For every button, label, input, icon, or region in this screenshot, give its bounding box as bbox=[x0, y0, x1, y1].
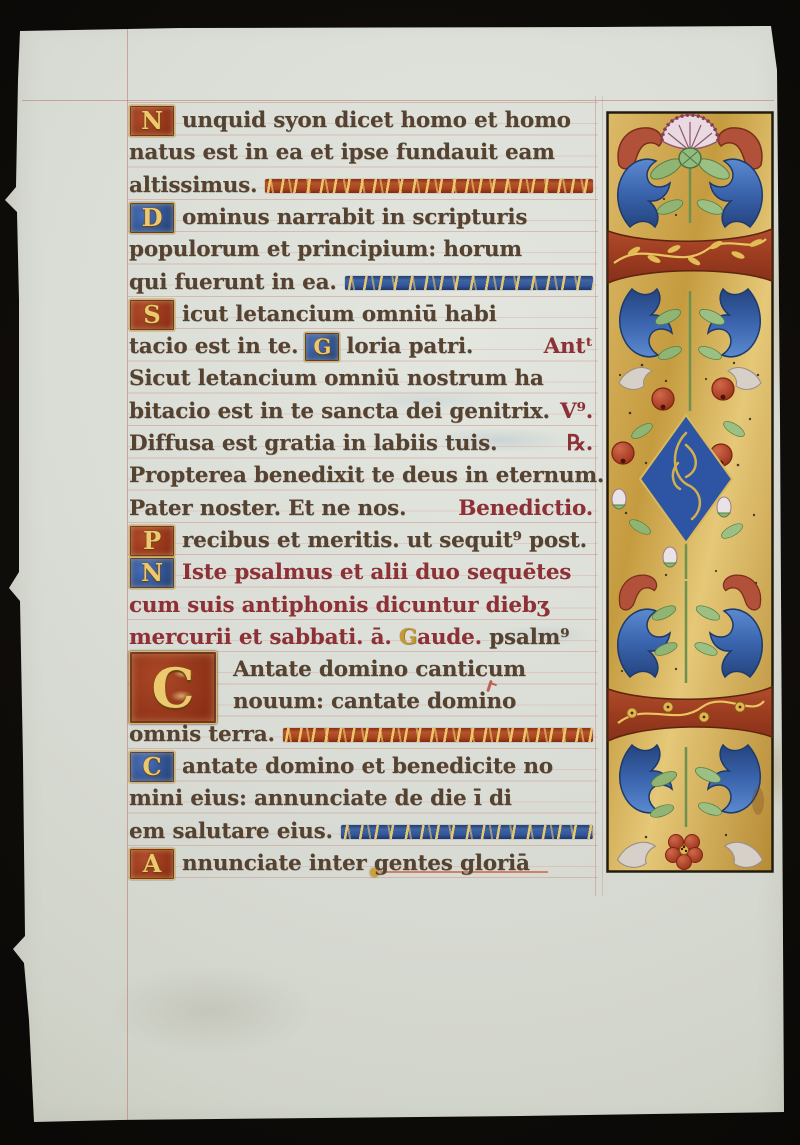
illuminated-initial-D: D bbox=[129, 202, 175, 234]
rubric-antiphon-mark: Antᵗ bbox=[544, 334, 593, 359]
text-line: C antate domino et benedicite no bbox=[129, 750, 593, 783]
line-text: Sicut letancium omniū nostrum ha bbox=[129, 366, 544, 391]
line-filler-red-gold bbox=[265, 179, 593, 193]
line-text: antate domino et benedicite no bbox=[182, 754, 553, 779]
illuminated-initial-N: N bbox=[129, 105, 175, 137]
text-line: em salutare eius. bbox=[129, 815, 593, 848]
line-text: recibus et meritis. ut sequit⁹ post. bbox=[182, 528, 587, 553]
line-text: Diffusa est gratia in labiis tuis. bbox=[129, 431, 497, 456]
rubric-benedictio: Benedictio. bbox=[458, 496, 593, 521]
text-line: mini eius: annunciate de die ī di bbox=[129, 782, 593, 815]
line-text: qui fuerunt in ea. bbox=[129, 270, 337, 295]
line-filler-blue-gold bbox=[341, 825, 593, 839]
line-text: icut letancium omniū habi bbox=[182, 302, 497, 327]
rubric-text: cum suis antiphonis dicuntur diebʒ bbox=[129, 593, 549, 618]
illuminated-initial-large-C: C bbox=[129, 651, 217, 724]
line-text: altissimus. bbox=[129, 173, 257, 198]
line-text: mini eius: annunciate de die ī di bbox=[129, 786, 512, 811]
text-line: N Iste psalmus et alii duo sequētes bbox=[129, 556, 593, 589]
ruling-line-vertical-right-2 bbox=[602, 96, 603, 896]
line-text: psalm⁹ bbox=[489, 625, 569, 650]
gold-letter-G: G bbox=[399, 625, 417, 650]
line-text: unquid syon dicet homo et homo bbox=[182, 108, 571, 133]
line-text: nouum: cantate domino bbox=[233, 689, 516, 714]
illuminated-initial-S: S bbox=[129, 299, 175, 331]
text-line: qui fuerunt in ea. bbox=[129, 266, 593, 299]
rubric-text: aude. bbox=[417, 625, 482, 650]
line-text: nnunciate inter gentes gloriā bbox=[182, 851, 530, 876]
illuminated-border-panel bbox=[606, 111, 774, 873]
line-filler-red-gold bbox=[283, 728, 593, 742]
line-text: loria patri. bbox=[346, 334, 473, 359]
text-line: N unquid syon dicet homo et homo bbox=[129, 104, 593, 137]
text-line: A nnunciate inter gentes gloriā bbox=[129, 847, 593, 880]
line-text: Propterea benedixit te deus in eternum. bbox=[129, 463, 604, 488]
text-line: mercurii et sabbati. ā. Gaude. psalm⁹ bbox=[129, 621, 593, 654]
text-line: populorum et principium: horum bbox=[129, 233, 593, 266]
text-line: Pater noster. Et ne nos. Benedictio. bbox=[129, 492, 593, 525]
illuminated-initial-G: G bbox=[304, 332, 340, 362]
text-line: Sicut letancium omniū nostrum ha bbox=[129, 362, 593, 395]
line-text: em salutare eius. bbox=[129, 819, 333, 844]
line-text: natus est in ea et ipse fundauit eam bbox=[129, 140, 555, 165]
line-text: ominus narrabit in scripturis bbox=[182, 205, 527, 230]
text-line: tacio est in te. G loria patri. Antᵗ bbox=[129, 330, 593, 363]
text-line: natus est in ea et ipse fundauit eam bbox=[129, 136, 593, 169]
rubric-text: Iste psalmus et alii duo sequētes bbox=[182, 560, 571, 585]
line-filler-blue-gold bbox=[345, 276, 593, 290]
text-line: altissimus. bbox=[129, 169, 593, 202]
line-text: populorum et principium: horum bbox=[129, 237, 522, 262]
illuminated-initial-P: P bbox=[129, 525, 175, 557]
text-line: Propterea benedixit te deus in eternum. bbox=[129, 459, 593, 492]
rubric-versicle-mark: V⁹. bbox=[560, 399, 593, 424]
text-line: cum suis antiphonis dicuntur diebʒ bbox=[129, 589, 593, 622]
line-text: tacio est in te. bbox=[129, 334, 298, 359]
photo-backdrop: N unquid syon dicet homo et homo natus e… bbox=[0, 0, 800, 1145]
text-line: D ominus narrabit in scripturis bbox=[129, 201, 593, 234]
illuminated-initial-A: A bbox=[129, 848, 175, 880]
text-line: P recibus et meritis. ut sequit⁹ post. bbox=[129, 524, 593, 557]
line-text: Pater noster. Et ne nos. bbox=[129, 496, 406, 521]
line-text: bitacio est in te sancta dei genitrix. bbox=[129, 399, 550, 424]
rubric-text: mercurii et sabbati. ā. bbox=[129, 625, 392, 650]
illuminated-initial-N2: N bbox=[129, 557, 175, 589]
ruling-line-horizontal-top bbox=[22, 100, 774, 101]
text-column: N unquid syon dicet homo et homo natus e… bbox=[129, 104, 593, 904]
illuminated-initial-C2: C bbox=[129, 751, 175, 783]
line-text: Antate domino canticum bbox=[233, 657, 526, 682]
text-line: S icut letancium omniū habi bbox=[129, 298, 593, 331]
manuscript-leaf: N unquid syon dicet homo et homo natus e… bbox=[0, 0, 800, 1145]
text-line: bitacio est in te sancta dei genitrix. V… bbox=[129, 395, 593, 428]
line-text: omnis terra. bbox=[129, 722, 275, 747]
text-line: Diffusa est gratia in labiis tuis. ℞. bbox=[129, 427, 593, 460]
rubric-response-mark: ℞. bbox=[567, 431, 593, 456]
